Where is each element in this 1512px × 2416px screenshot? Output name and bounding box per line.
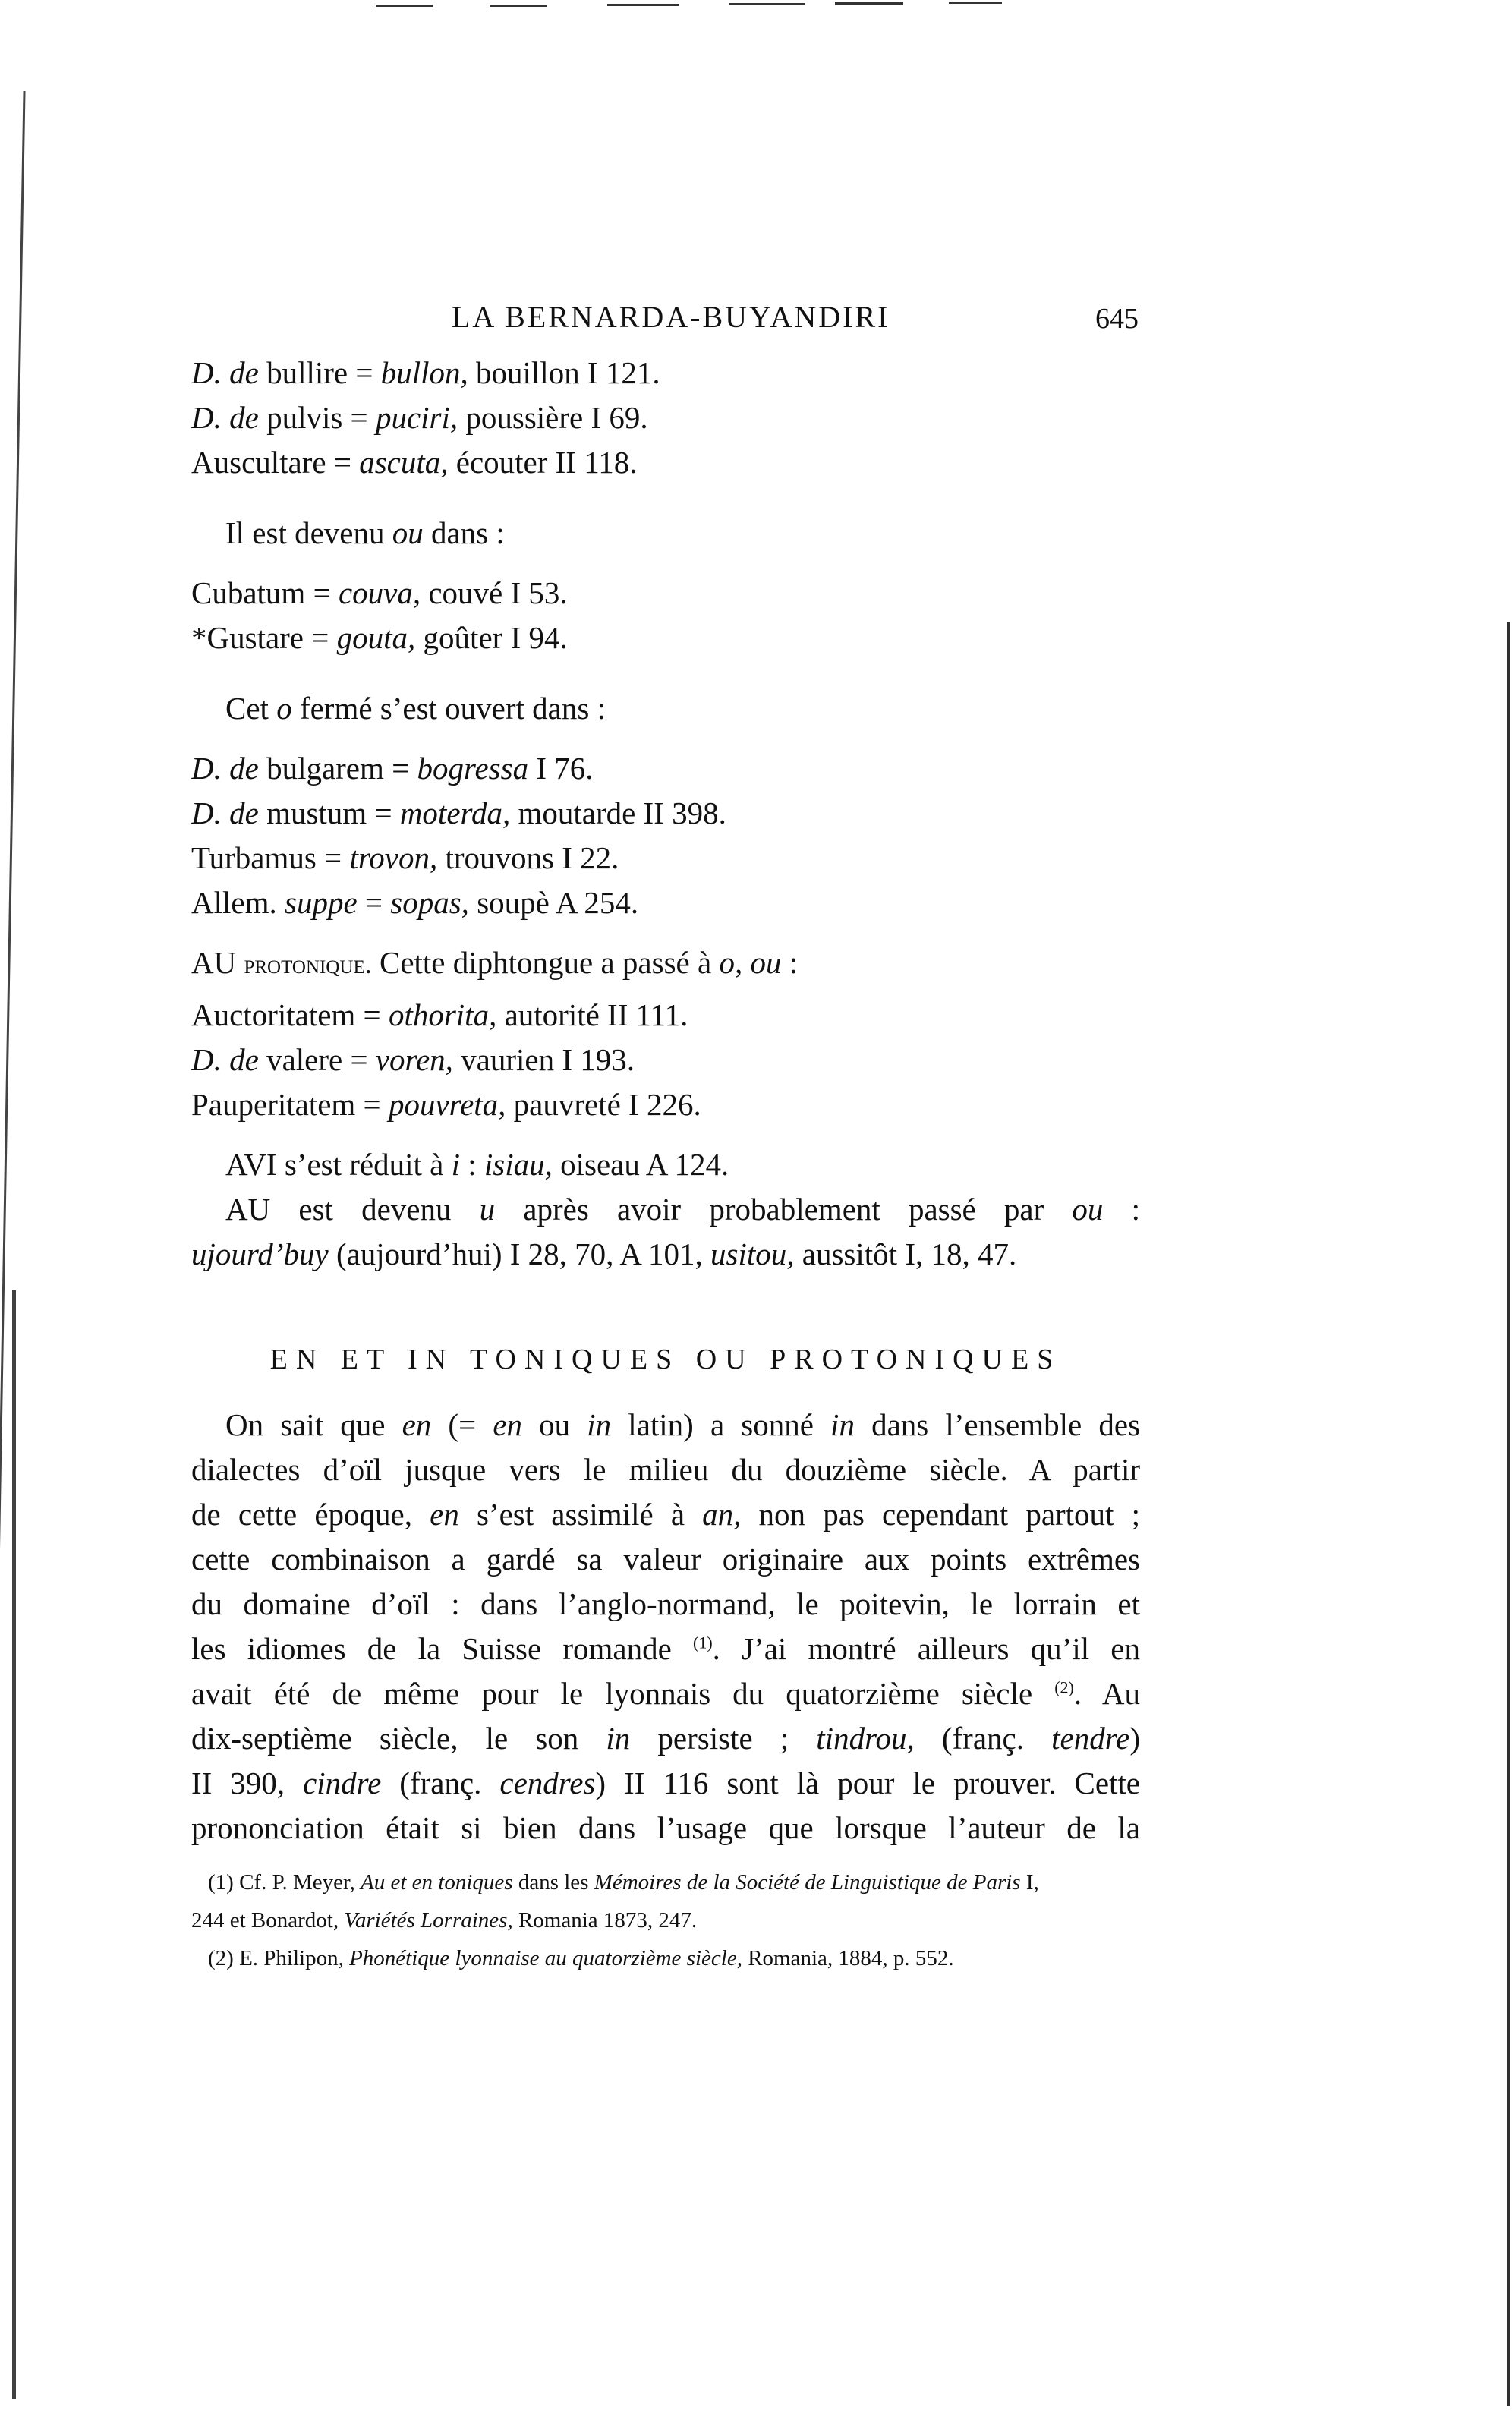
example-line: *Gustare = gouta, goûter I 94. [191, 616, 1140, 660]
example-line: D. de valere = voren, vaurien I 193. [191, 1038, 1140, 1082]
example-line: D. de bullire = bullon, bouillon I 121. [191, 351, 1140, 395]
footnote-ref-1: (1) [693, 1633, 713, 1652]
footnote-1-cont: 244 et Bonardot, Variétés Lorraines, Rom… [191, 1901, 1140, 1939]
example-line: Auctoritatem = othorita, autorité II 111… [191, 993, 1140, 1038]
running-title: LA BERNARDA-BUYANDIRI [452, 299, 890, 335]
footnote-ref-2: (2) [1054, 1677, 1074, 1696]
scan-artifact [490, 5, 547, 7]
paragraph-ou: Il est devenu ou dans : [191, 511, 1140, 556]
footnote-2: (2) E. Philipon, Phonétique lyonnaise au… [191, 1939, 1140, 1977]
example-line: D. de mustum = moterda, moutarde II 398. [191, 791, 1140, 836]
scan-artifact [729, 3, 805, 5]
avi-paragraph: AVI s’est réduit à i : isiau, oiseau A 1… [191, 1142, 1140, 1187]
paragraph-ferme: Cet o fermé s’est ouvert dans : [191, 686, 1140, 731]
example-line: Auscultare = ascuta, écouter II 118. [191, 440, 1140, 485]
example-line: Allem. suppe = sopas, soupè A 254. [191, 880, 1140, 925]
scan-artifact [949, 2, 1002, 4]
main-text: D. de bullire = bullon, bouillon I 121. … [191, 351, 1140, 1851]
scan-artifact [835, 2, 903, 5]
page-header: LA BERNARDA-BUYANDIRI 645 [190, 299, 1139, 345]
footnote-1: (1) Cf. P. Meyer, Au et en toniques dans… [191, 1863, 1140, 1901]
section-title: EN ET IN TONIQUES OU PROTONIQUES [191, 1336, 1140, 1383]
footnotes: (1) Cf. P. Meyer, Au et en toniques dans… [191, 1863, 1140, 1977]
scanned-page: LA BERNARDA-BUYANDIRI 645 D. de bullire … [0, 0, 1512, 2416]
scan-artifact [376, 5, 433, 7]
au-u-paragraph-line1: AU est devenu u après avoir probablement… [191, 1187, 1140, 1232]
scan-artifact [607, 4, 679, 6]
au-u-paragraph-line2: ujourd’buy (aujourd’hui) I 28, 70, A 101… [191, 1232, 1140, 1277]
example-line: D. de bulgarem = bogressa I 76. [191, 746, 1140, 791]
au-protonique-heading: AU protonique. Cette diphtongue a passé … [191, 940, 1140, 985]
page-edge-shadow [12, 1290, 16, 2399]
page-number: 645 [1095, 302, 1139, 335]
body-paragraph: On sait que en (= en ou in latin) a sonn… [191, 1403, 1140, 1851]
page-edge-right [1507, 622, 1510, 2406]
example-line: Turbamus = trovon, trouvons I 22. [191, 836, 1140, 880]
example-line: Pauperitatem = pouvreta, pauvreté I 226. [191, 1082, 1140, 1127]
example-line: D. de pulvis = puciri, poussière I 69. [191, 395, 1140, 440]
example-line: Cubatum = couva, couvé I 53. [191, 571, 1140, 616]
